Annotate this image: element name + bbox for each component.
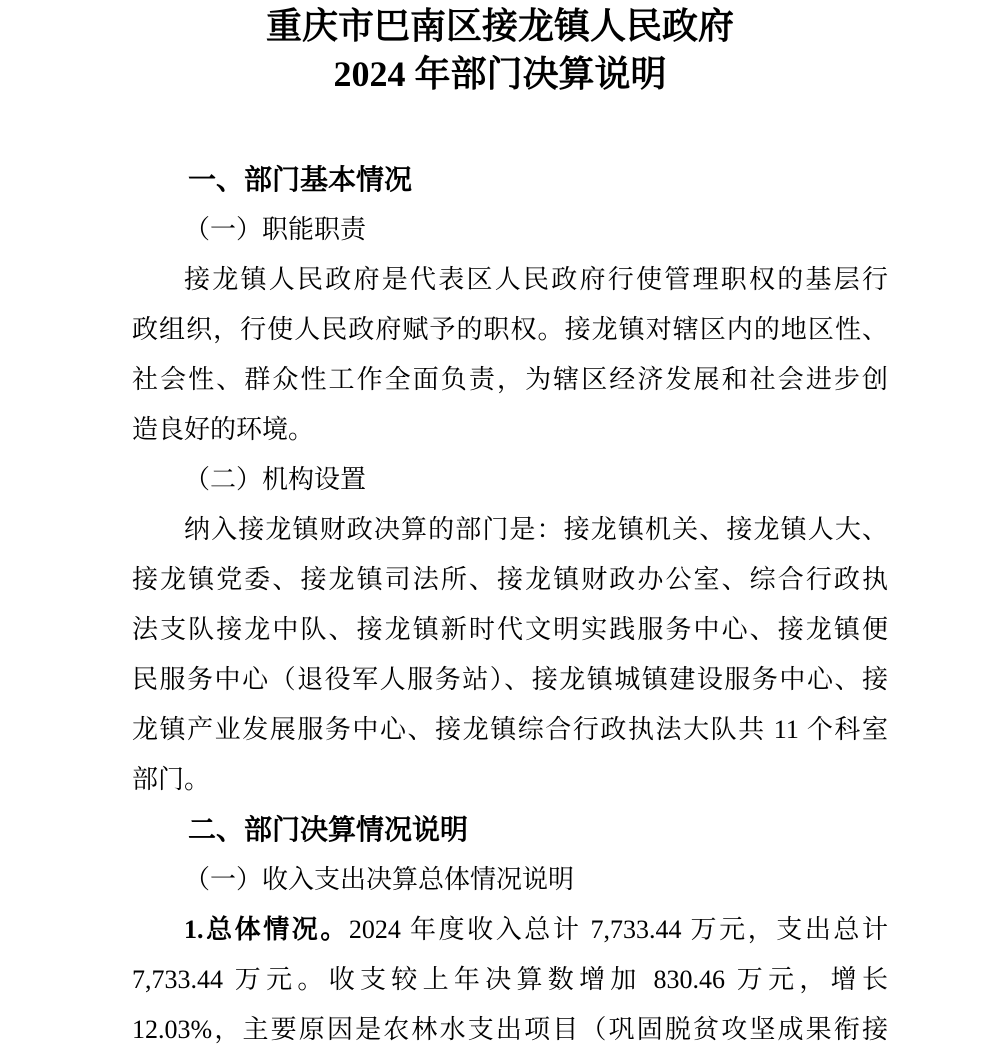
paragraph-line: 纳入接龙镇财政决算的部门是：接龙镇机关、接龙镇人大、 (132, 505, 888, 555)
section1-sub2-heading: （二）机构设置 (132, 455, 888, 505)
paragraph-line: 接龙镇党委、接龙镇司法所、接龙镇财政办公室、综合行政执 (132, 555, 888, 605)
section2-heading: 二、部门决算情况说明 (132, 805, 888, 855)
document-body: 一、部门基本情况 （一）职能职责 接龙镇人民政府是代表区人民政府行使管理职权的基… (132, 155, 888, 1051)
paragraph-line: 法支队接龙中队、接龙镇新时代文明实践服务中心、接龙镇便 (132, 605, 888, 655)
paragraph-line: 部门。 (132, 755, 888, 805)
section2-sub1-heading: （一）收入支出决算总体情况说明 (132, 855, 888, 905)
paragraph-overall-situation: 1.总体情况。2024 年度收入总计 7,733.44 万元，支出总计 7,73… (132, 905, 888, 1051)
paragraph-line: 民服务中心（退役军人服务站）、接龙镇城镇建设服务中心、接 (132, 655, 888, 705)
paragraph-line: 政组织，行使人民政府赋予的职权。接龙镇对辖区内的地区性、 (132, 305, 888, 355)
paragraph-line: 造良好的环境。 (132, 405, 888, 455)
paragraph-line: 社会性、群众性工作全面负责，为辖区经济发展和社会进步创 (132, 355, 888, 405)
paragraph-line-text: 2024 年度收入总计 7,733.44 万元，支出总计 (349, 915, 888, 944)
paragraph-line: 接龙镇人民政府是代表区人民政府行使管理职权的基层行 (132, 255, 888, 305)
section1-heading: 一、部门基本情况 (132, 155, 888, 205)
document-page: 重庆市巴南区接龙镇人民政府 2024 年部门决算说明 一、部门基本情况 （一）职… (0, 0, 1000, 1051)
paragraph-line: 1.总体情况。2024 年度收入总计 7,733.44 万元，支出总计 (132, 905, 888, 955)
paragraph-line: 龙镇产业发展服务中心、接龙镇综合行政执法大队共 11 个科室 (132, 705, 888, 755)
paragraph-bold-lead: 1.总体情况。 (184, 915, 349, 944)
document-title: 重庆市巴南区接龙镇人民政府 2024 年部门决算说明 (0, 0, 1000, 98)
paragraph-line: 12.03%，主要原因是农林水支出项目（巩固脱贫攻坚成果衔接 (132, 1005, 888, 1051)
paragraph-line: 7,733.44 万元。收支较上年决算数增加 830.46 万元，增长 (132, 955, 888, 1005)
paragraph-duties: 接龙镇人民政府是代表区人民政府行使管理职权的基层行 政组织，行使人民政府赋予的职… (132, 255, 888, 455)
document-title-line2: 2024 年部门决算说明 (0, 50, 1000, 98)
paragraph-organization: 纳入接龙镇财政决算的部门是：接龙镇机关、接龙镇人大、 接龙镇党委、接龙镇司法所、… (132, 505, 888, 805)
section1-sub1-heading: （一）职能职责 (132, 205, 888, 255)
document-title-line1: 重庆市巴南区接龙镇人民政府 (0, 2, 1000, 50)
